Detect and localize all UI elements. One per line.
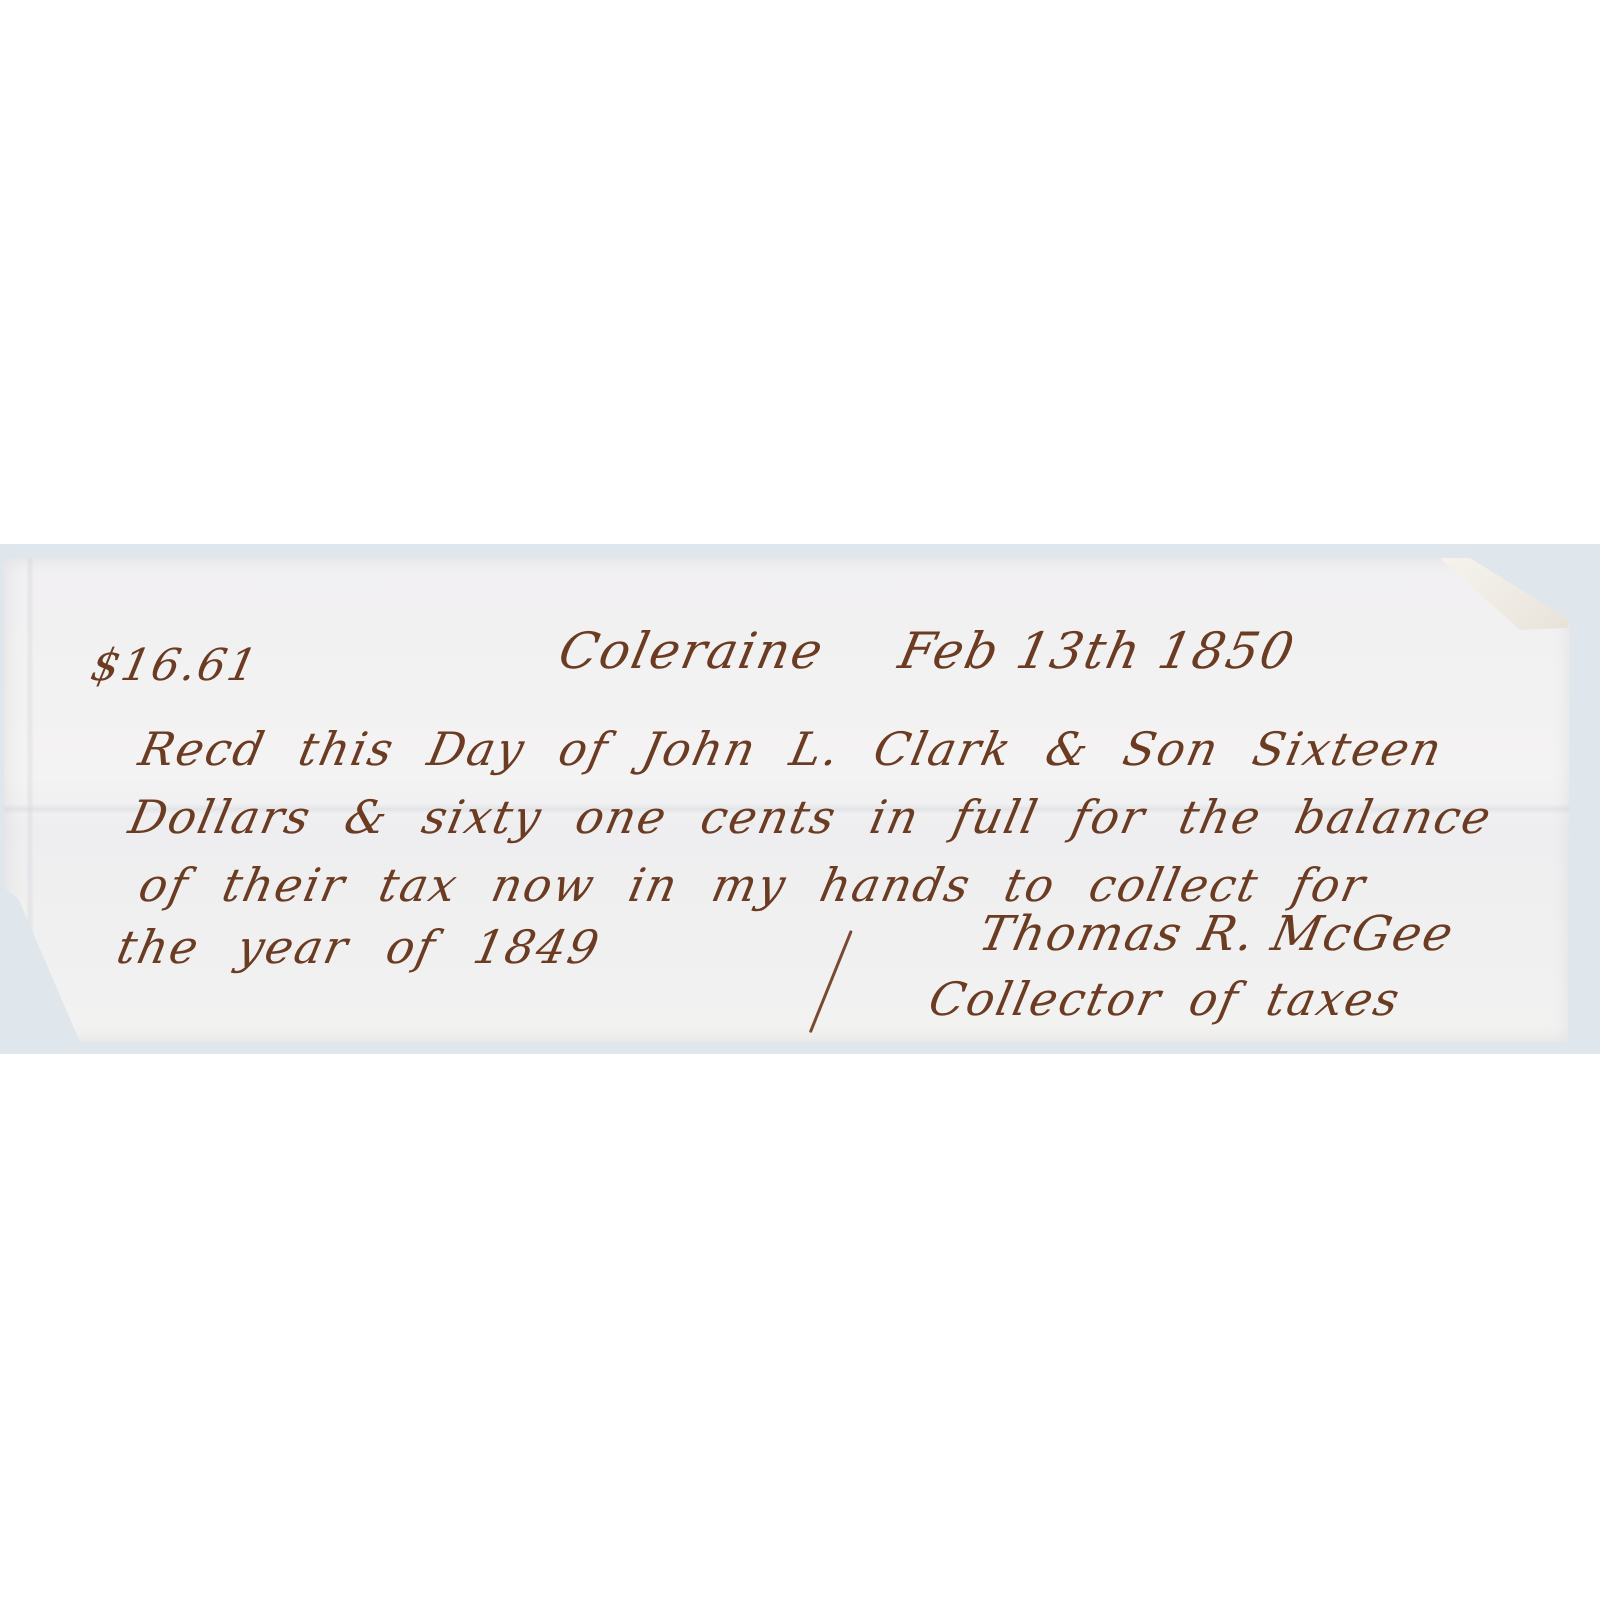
receipt-body-line: Recd this Day of John L. Clark & Son Six… <box>134 722 1448 776</box>
signature-title: Collector of taxes <box>924 972 1406 1026</box>
signature: Thomas R. McGee <box>974 906 1460 962</box>
receipt-body-line: the year of 1849 <box>112 920 605 974</box>
receipt-amount: $16.61 <box>87 640 264 691</box>
receipt-body-line: Dollars & sixty one cents in full for th… <box>124 790 1497 844</box>
receipt-body-line: of their tax now in my hands to collect … <box>134 858 1371 912</box>
receipt-date: Feb 13th 1850 <box>894 622 1301 680</box>
receipt-place: Coleraine <box>554 622 830 680</box>
